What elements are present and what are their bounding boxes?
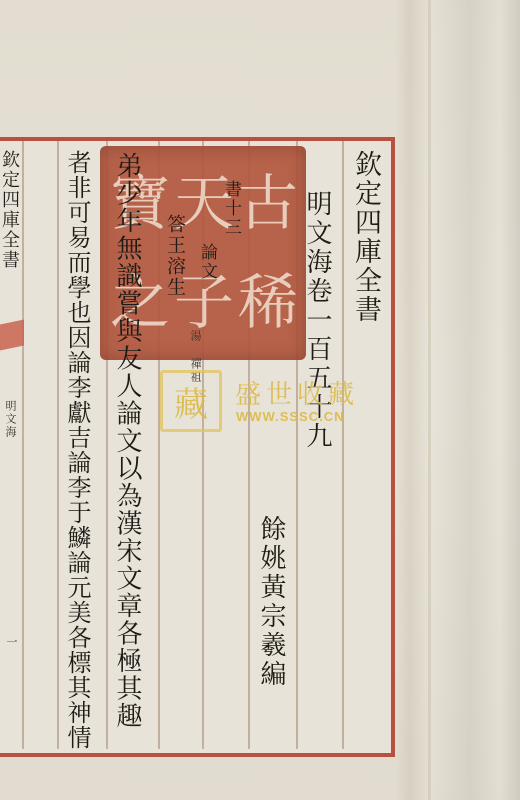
adjacent-page-band — [0, 319, 24, 350]
section-subcategory: 論文 — [198, 243, 215, 281]
page-fold — [428, 0, 431, 800]
adjacent-series-title: 欽定四庫全書 — [0, 150, 18, 270]
adjacent-edge-title: 明文海 — [5, 400, 16, 439]
column-rule — [22, 141, 24, 749]
compiler-credit: 餘姚黃宗羲編 — [258, 515, 284, 689]
adjacent-page-number: 一 — [6, 636, 17, 649]
seal-glyph: 稀 — [238, 255, 298, 350]
watermark-url: WWW.SSSC.CN — [236, 409, 345, 424]
column-rule — [342, 141, 344, 749]
seal-glyph: 古 — [238, 156, 298, 251]
series-title: 欽定四庫全書 — [352, 150, 379, 324]
watermark-text: 盛世收藏 — [235, 374, 359, 411]
section-category: 書十三 — [222, 180, 239, 237]
letter-title: 答王溶生 — [165, 214, 184, 298]
body-column-1: 弟少年無識嘗與友人論文以為漢宋文章各極其趣 — [114, 152, 140, 730]
column-rule — [57, 141, 59, 749]
watermark-seal-icon: 藏 — [160, 370, 222, 432]
body-column-2: 者非可易而學也因論李獻吉論李于鱗論元美各標其神情 — [65, 150, 89, 750]
